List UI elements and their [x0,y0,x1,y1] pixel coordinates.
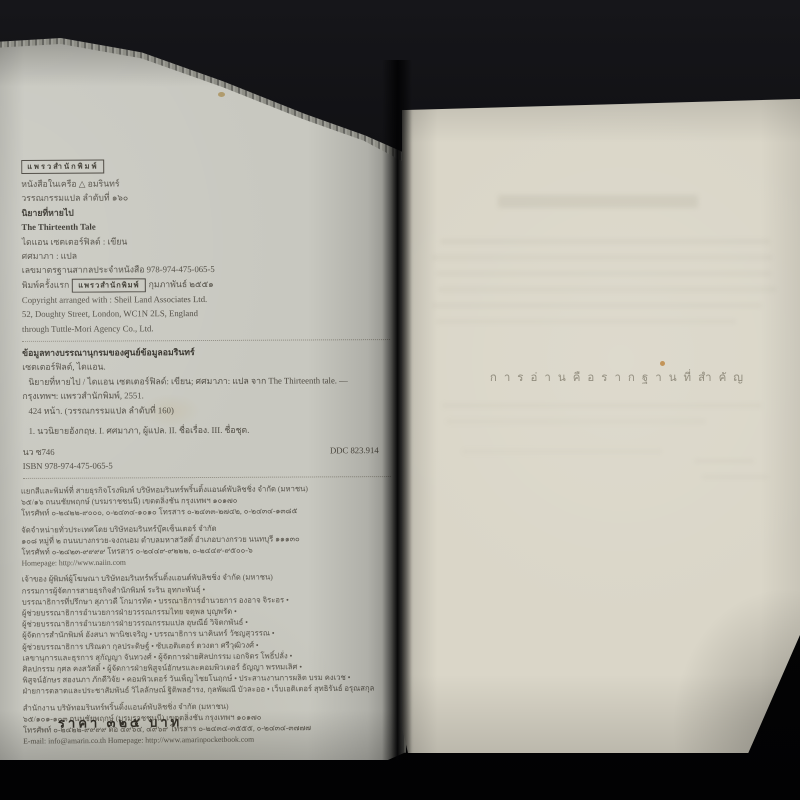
line-text: เซตเตอร์ฟิลด์, ไดแอน. [22,362,105,372]
left-page: แพรวสำนักพิมพ์ หนังสือในเครือ △ อมรินทร์… [0,44,404,760]
right-page: การอ่านคือรากฐานที่สำคัญ [402,97,800,753]
bibliographic-lines: หนังสือในเครือ △ อมรินทร์วรรณกรรมแปล ลำด… [21,175,393,479]
show-through-signature [694,459,754,463]
publisher-stamp-row: แพรวสำนักพิมพ์ [21,157,391,177]
line-text: ๑๐๘ หมู่ที่ ๒ ถนนบางกรวย-จงถนอม ตำบลมหาส… [21,534,299,545]
show-through-text [446,419,706,424]
line-text: โทรศัพท์ ๐-๒๔๒๒-๙๐๐๐, ๐-๒๔๓๔-๑๐๑๐ โทรสาร… [21,507,297,518]
line-text: ผู้จัดการสำนักพิมพ์ อังสนา พานิชเจริญ • … [22,629,274,640]
publisher-stamp-inline: แพรวสำนักพิมพ์ [72,278,145,292]
line-text: Homepage: http://www.naiin.com [22,558,126,568]
line-text: กรุงเทพฯ: แพรวสำนักพิมพ์, 2551. [22,391,143,402]
line-text: 1. นวนิยายอังกฤษ. I. ศศมาภา, ผู้แปล. II.… [29,425,250,436]
ddc-number: DDC 823.914 [330,443,379,458]
line-text: สำนักงาน บริษัทอมรินทร์พริ้นติ้งแอนด์พับ… [23,701,229,712]
publisher-stamp: แพรวสำนักพิมพ์ [21,160,104,174]
show-through-text [432,255,772,260]
line-text: ข้อมูลทางบรรณานุกรมของศูนย์ข้อมูลอมรินทร… [22,347,195,358]
colophon-block: แยกสีและพิมพ์ที่ สายธุรกิจโรงพิมพ์ บริษั… [21,482,395,747]
show-through-text [432,303,762,308]
photo-background: แพรวสำนักพิมพ์ หนังสือในเครือ △ อมรินทร์… [0,0,800,800]
line-text: Copyright arranged with : Sheil Land Ass… [22,294,207,305]
line-text: E-mail: info@amarin.co.th Homepage: http… [23,735,254,746]
copyright-line: through Tuttle-Mori Agency Co., Ltd. [22,320,392,336]
line-text: นิยายที่หายไป / ไดแอน เซตเตอร์ฟิลด์: เขี… [28,375,348,387]
line-text: บรรณาธิการที่ปรึกษา สุภาวดี โกมารทัต • บ… [22,595,289,606]
line-text: พิมพ์ครั้งแรก [22,280,69,290]
line-text: The Thirteenth Tale [21,222,95,232]
line-text: through Tuttle-Mori Agency Co., Ltd. [22,323,154,334]
line-text: วรรณกรรมแปล ลำดับที่ ๑๖๐ [21,193,128,204]
line-text: ISBN 978-974-475-065-5 [23,460,113,470]
line-text: แยกสีและพิมพ์ที่ สายธุรกิจโรงพิมพ์ บริษั… [21,484,308,496]
copyright-block: แพรวสำนักพิมพ์ หนังสือในเครือ △ อมรินทร์… [21,157,393,483]
copyright-line: DDC 823.914นว ซ746 [23,443,393,459]
show-through-signature [702,475,768,479]
line-text: หนังสือในเครือ △ อมรินทร์ [21,178,119,189]
reading-quote: การอ่านคือรากฐานที่สำคัญ [450,369,790,387]
line-text: ผู้ช่วยบรรณาธิการ ปริณดา กุลประดิษฐ์ • ซ… [22,640,258,651]
price-label: ราคา ๓๒๕ บาท [58,711,182,733]
show-through-text [440,239,770,244]
show-through-text [436,271,771,276]
line-text: เลขมาตรฐานสากลประจำหนังสือ 978-974-475-0… [22,264,215,275]
line-text: กุมภาพันธ์ ๒๕๕๑ [149,279,214,289]
line-text: ไดแอน เซตเตอร์ฟิลด์ : เขียน [22,236,128,247]
show-through-title [498,195,698,208]
line-text: นว ซ746 [23,446,55,456]
paper-fleck [218,92,225,97]
show-through-text [438,287,776,292]
line-text: ศศมาภา : แปล [22,251,77,261]
copyright-line: E-mail: info@amarin.co.th Homepage: http… [23,733,395,747]
show-through-text [462,449,662,454]
foxing-spot [660,361,665,366]
line-text: เจ้าของ ผู้พิมพ์ผู้โฆษณา บริษัทอมรินทร์พ… [22,573,273,584]
show-through-text [436,319,736,324]
line-text: ผู้ช่วยบรรณาธิการอำนวยการฝ่ายวรรณกรรมไทย… [22,607,237,618]
copyright-line: นิยายที่หายไป / ไดแอน เซตเตอร์ฟิลด์: เขี… [22,373,392,389]
line-text: กรรมการผู้จัดการสายธุรกิจสำนักพิมพ์ ระริ… [22,585,205,596]
line-text: นิยายที่หายไป [21,208,73,218]
line-text: ฝ่ายการตลาดและประชาสัมพันธ์ วิไลลักษณ์ ฐ… [23,684,375,696]
dotted-divider [22,339,390,342]
copyright-line: ISBN 978-974-475-065-5 [23,457,393,473]
line-text: โทรศัพท์ ๐-๒๔๒๓-๙๙๙๙ โทรสาร ๐-๒๔๔๙-๙๒๒๒,… [21,546,252,557]
line-text: ๖๕/๑๖ ถนนชัยพฤกษ์ (บรมราชชนนี) เขตตลิ่งช… [21,496,238,507]
colophon-lines: แยกสีและพิมพ์ที่ สายธุรกิจโรงพิมพ์ บริษั… [21,482,395,747]
line-text: 52, Doughty Street, London, WC1N 2LS, En… [22,308,198,319]
line-text: 424 หน้า. (วรรณกรรมแปล ลำดับที่ 160) [28,405,173,416]
show-through-text [442,403,762,408]
line-text: ผู้ช่วยบรรณาธิการอำนวยการฝ่ายวรรณกรรมแปล… [22,618,248,629]
dotted-divider [23,476,391,479]
line-text: จัดจำหน่ายทั่วประเทศโดย บริษัทอมรินทร์บุ… [21,524,216,535]
